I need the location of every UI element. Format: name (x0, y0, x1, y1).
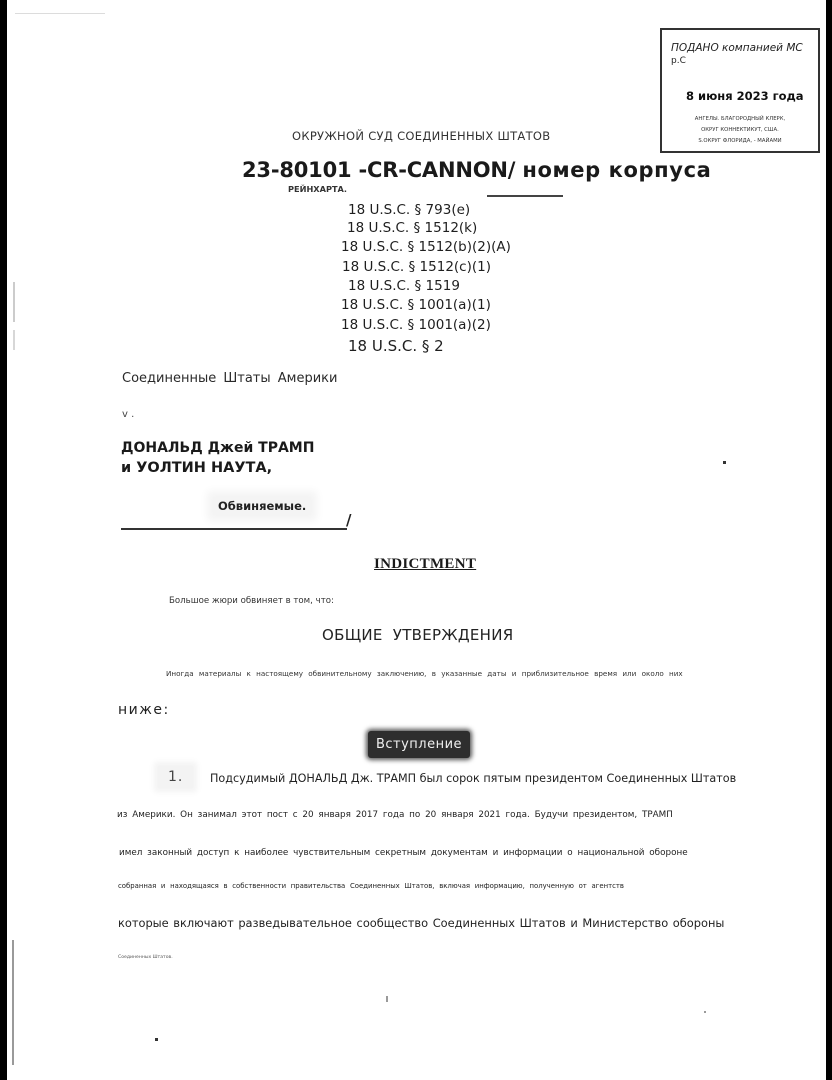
stamp-filed-text: ПОДАНО компанией МС (671, 42, 803, 54)
paragraph-line: имел законный доступ к наиболее чувствит… (119, 848, 688, 858)
stamp-clerk-line: ОКРУГ КОННЕКТИКУТ, США. (662, 125, 818, 135)
section-heading: ОБЩИЕ УТВЕРЖДЕНИЯ (322, 626, 513, 644)
scan-artifact (723, 461, 726, 464)
document-title: INDICTMENT (374, 556, 476, 573)
statute-line: 18 U.S.C. § 1001(a)(2) (341, 317, 491, 333)
stamp-filed-by: ПОДАНО компанией МС р.С (671, 42, 818, 66)
stamp-date: 8 июня 2023 года (686, 89, 804, 103)
intro-text: Иногда материалы к настоящему обвинитель… (166, 669, 683, 678)
versus: v . (122, 409, 134, 420)
scan-border-right (826, 0, 832, 1080)
defendants-label: Обвиняемые. (213, 497, 311, 515)
filing-stamp: ПОДАНО компанией МС р.С 8 июня 2023 года… (660, 28, 820, 153)
court-title: ОКРУЖНОЙ СУД СОЕДИНЕННЫХ ШТАТОВ (292, 129, 550, 143)
defendant-name: ДОНАЛЬД Джей ТРАМП (121, 440, 314, 456)
defendant-name: и УОЛТИН НАУТА, (121, 460, 272, 476)
paragraph-line: Соединенных Штатов. (118, 955, 173, 960)
statute-line: 18 U.S.C. § 1001(a)(1) (341, 297, 491, 313)
intro-continuation: ниже: (118, 702, 170, 718)
scan-artifact (12, 940, 14, 1065)
scan-artifact (15, 13, 105, 14)
paragraph-line: которые включают разведывательное сообще… (118, 916, 724, 930)
paragraph-number: 1. (158, 766, 193, 788)
plaintiff-name: Соединенные Штаты Америки (122, 371, 337, 386)
case-number-suffix: номер корпуса (522, 158, 711, 182)
statute-line: 18 U.S.C. § 1512(c)(1) (342, 259, 491, 275)
statute-line: 18 U.S.C. § 1519 (348, 278, 460, 294)
caption-slash: / (346, 511, 351, 529)
paragraph-line: из Америки. Он занимал этот пост с 20 ян… (117, 810, 673, 820)
case-number: 23-80101 -CR-CANNON/ номер корпуса (242, 158, 711, 182)
statute-line: 18 U.S.C. § 1512(k) (347, 220, 477, 236)
scan-artifact (13, 282, 15, 322)
statute-line: 18 U.S.C. § 793(e) (348, 202, 470, 218)
grand-jury-charge: Большое жюри обвиняет в том, что: (169, 596, 334, 606)
subsection-heading: Вступление (368, 731, 470, 758)
paragraph-line: собранная и находящаяся в собственности … (118, 882, 624, 890)
scan-artifact (386, 996, 388, 1002)
case-number-value: 23-80101 -CR-CANNON/ (242, 158, 515, 182)
scan-artifact (704, 1011, 706, 1013)
scan-border-left (0, 0, 7, 1080)
scan-artifact (13, 330, 15, 350)
statute-line: 18 U.S.C. § 1512(b)(2)(A) (341, 239, 511, 255)
case-underline (487, 195, 563, 197)
stamp-clerk-line: S.ОКРУГ ФЛОРИДА, - МАЙАМИ (662, 136, 818, 146)
stamp-clerk-line: АНГЕЛЫ. БЛАГОРОДНЫЙ КЛЕРК, (662, 114, 818, 124)
statute-line: 18 U.S.C. § 2 (348, 337, 444, 355)
stamp-filed-suffix: р.С (671, 56, 686, 66)
magistrate-judge: РЕЙНХАРТА. (288, 184, 347, 194)
paragraph-line: Подсудимый ДОНАЛЬД Дж. ТРАМП был сорок п… (210, 772, 736, 785)
scan-artifact (155, 1038, 158, 1041)
caption-rule (121, 528, 347, 530)
